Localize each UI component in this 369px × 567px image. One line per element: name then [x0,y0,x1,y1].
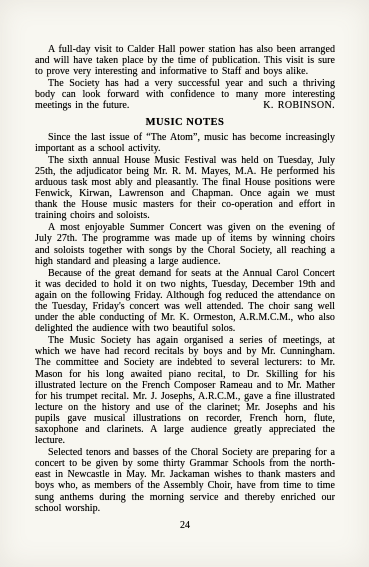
paragraph-text: The sixth annual House Music Festival wa… [35,155,335,221]
paragraph-text: Selected tenors and basses of the Choral… [35,447,335,513]
scanned-page: A full-day visit to Calder Hall power st… [0,0,369,567]
paragraph-text: A full-day visit to Calder Hall power st… [35,44,335,77]
paragraph-text: Because of the great demand for seats at… [35,268,335,334]
paragraph: The sixth annual House Music Festival wa… [35,155,335,222]
paragraph: A full-day visit to Calder Hall power st… [35,44,335,77]
paragraph: A most enjoyable Summer Concert was give… [35,222,335,266]
paragraph: The Music Society has again organised a … [35,335,335,446]
paragraph-text: The Music Society has again organised a … [35,335,335,446]
paragraph: Because of the great demand for seats at… [35,268,335,335]
page-number: 24 [35,520,335,531]
paragraph-text: Since the last issue of “The Atom”, musi… [35,132,335,154]
paragraph-text: A most enjoyable Summer Concert was give… [35,222,335,266]
page-content: A full-day visit to Calder Hall power st… [35,44,335,531]
paragraph: Selected tenors and basses of the Choral… [35,447,335,514]
section-heading: MUSIC NOTES [35,117,335,128]
signature: K. ROBINSON. [263,100,335,111]
paragraph: The Society has had a very successful ye… [35,78,335,111]
paragraph: Since the last issue of “The Atom”, musi… [35,132,335,154]
